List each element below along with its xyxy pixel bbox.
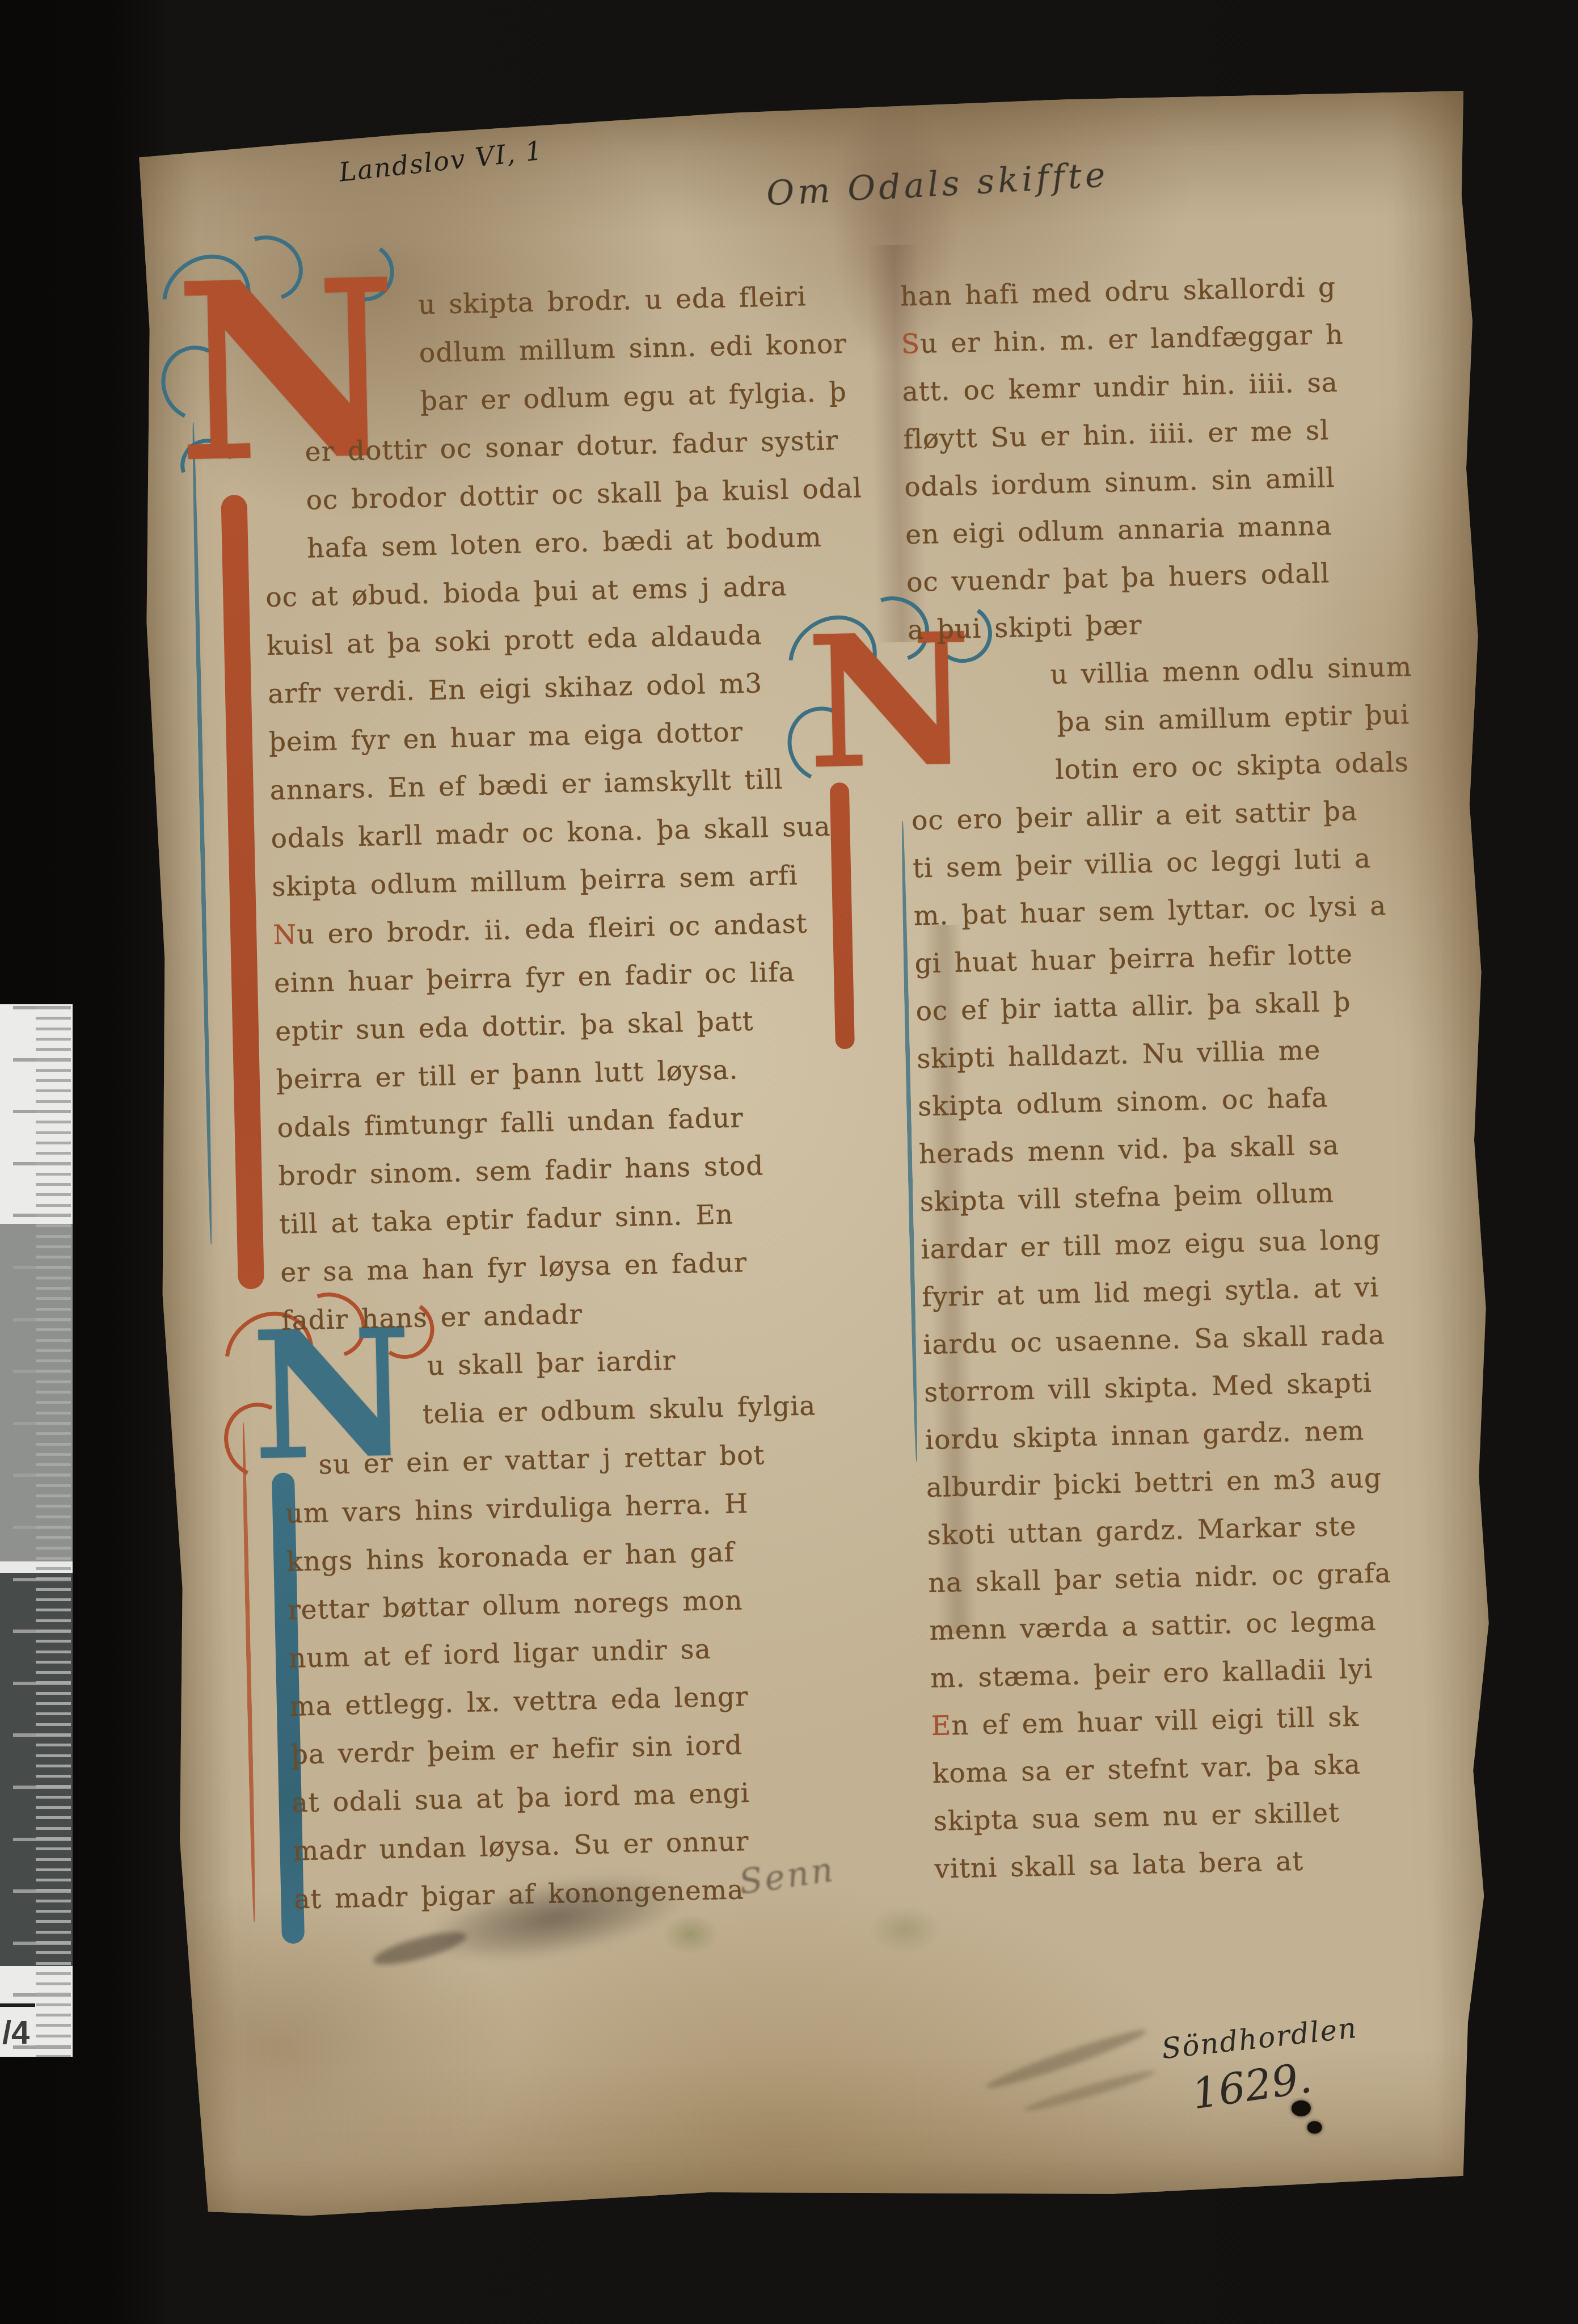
faint-ghost-writing — [984, 2024, 1149, 2094]
manuscript-page: Landslov VI, 1 Om Odals skiffte N N — [128, 91, 1514, 2219]
wormhole — [1307, 2121, 1322, 2134]
penwork-flourish-icon — [145, 237, 268, 359]
annotation-chapter-title: Om Odals skiffte — [695, 151, 1179, 218]
penwork-flourish-icon — [171, 430, 243, 502]
annotation-shelfmark: Landslov VI, 1 — [337, 135, 545, 188]
photograph-stage: /4 Landslov VI, 1 Om Odals skiffte N — [0, 0, 1578, 2324]
faint-ghost-writing — [1023, 2066, 1157, 2115]
text-column-right: han hafi med odru skallordi gSu er hin. … — [900, 261, 1493, 1893]
initial-descender — [221, 495, 264, 1290]
wormhole — [1292, 2100, 1311, 2117]
ruler-minor-ticks — [36, 1007, 71, 2057]
text-column-left: u skipta brodr. u eda fleiriodlum millum… — [259, 271, 921, 1923]
penwork-margin-line — [241, 1422, 256, 1922]
annotation-provenance: Söndhordlen — [1160, 2011, 1359, 2065]
calibration-ruler: /4 — [0, 1004, 73, 2057]
penwork-margin-line — [191, 422, 214, 1245]
ink-smudge — [371, 1926, 469, 1971]
penwork-flourish-icon — [150, 335, 243, 432]
